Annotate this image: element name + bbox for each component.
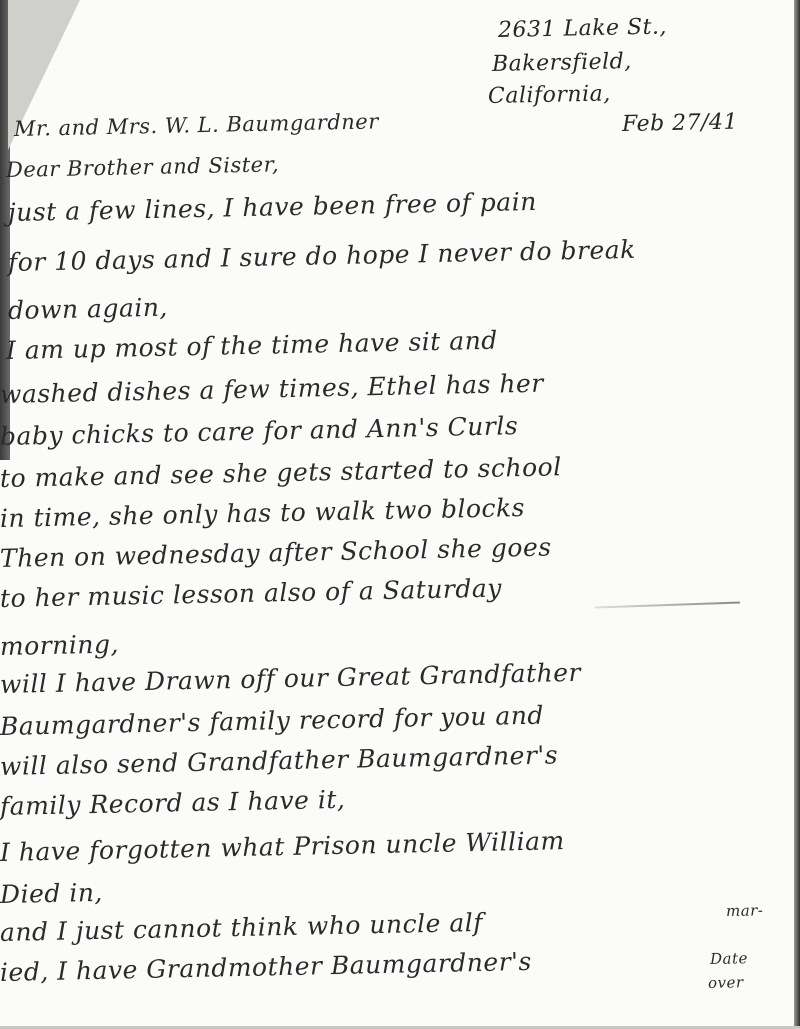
scanner-edge-right (794, 0, 800, 1029)
salutation: Dear Brother and Sister, (6, 152, 279, 182)
body-line: Died in, (0, 878, 103, 909)
body-line: to her music lesson also of a Saturday (0, 573, 502, 613)
body-line: washed dishes a few times, Ethel has her (0, 369, 544, 409)
margin-note-date: Date (710, 949, 748, 968)
saturday-underline (595, 601, 740, 608)
body-line: will I have Drawn off our Great Grandfat… (0, 658, 581, 699)
recipient-line: Mr. and Mrs. W. L. Baumgardner (14, 109, 379, 141)
address-street: 2631 Lake St., (498, 14, 667, 43)
body-line: ied, I have Grandmother Baumgardner's (0, 947, 532, 987)
address-city: Bakersfield, (492, 49, 632, 77)
body-line: in time, she only has to walk two blocks (0, 493, 525, 533)
body-line: for 10 days and I sure do hope I never d… (8, 235, 636, 277)
body-line: and I just cannot think who uncle alf (0, 908, 483, 947)
body-line: family Record as I have it, (0, 785, 346, 821)
address-state: California, (488, 81, 611, 109)
body-line: just a few lines, I have been free of pa… (8, 187, 537, 227)
margin-note-over: over (708, 973, 744, 992)
letter-date: Feb 27/41 (622, 110, 739, 137)
body-line: I am up most of the time have sit and (6, 326, 498, 365)
body-line: Then on wednesday after School she goes (0, 532, 552, 573)
body-line: morning, (0, 630, 119, 661)
body-line: will also send Grandfather Baumgardner's (0, 740, 558, 781)
body-line: I have forgotten what Prison uncle Willi… (0, 826, 565, 867)
margin-note-married-hyphen: mar- (726, 901, 764, 920)
body-line: down again, (8, 293, 168, 325)
body-line: to make and see she gets started to scho… (0, 452, 562, 493)
body-line: baby chicks to care for and Ann's Curls (0, 411, 518, 451)
letter-page: 2631 Lake St., Bakersfield, California, … (10, 0, 794, 1026)
body-line: Baumgardner's family record for you and (0, 701, 544, 741)
